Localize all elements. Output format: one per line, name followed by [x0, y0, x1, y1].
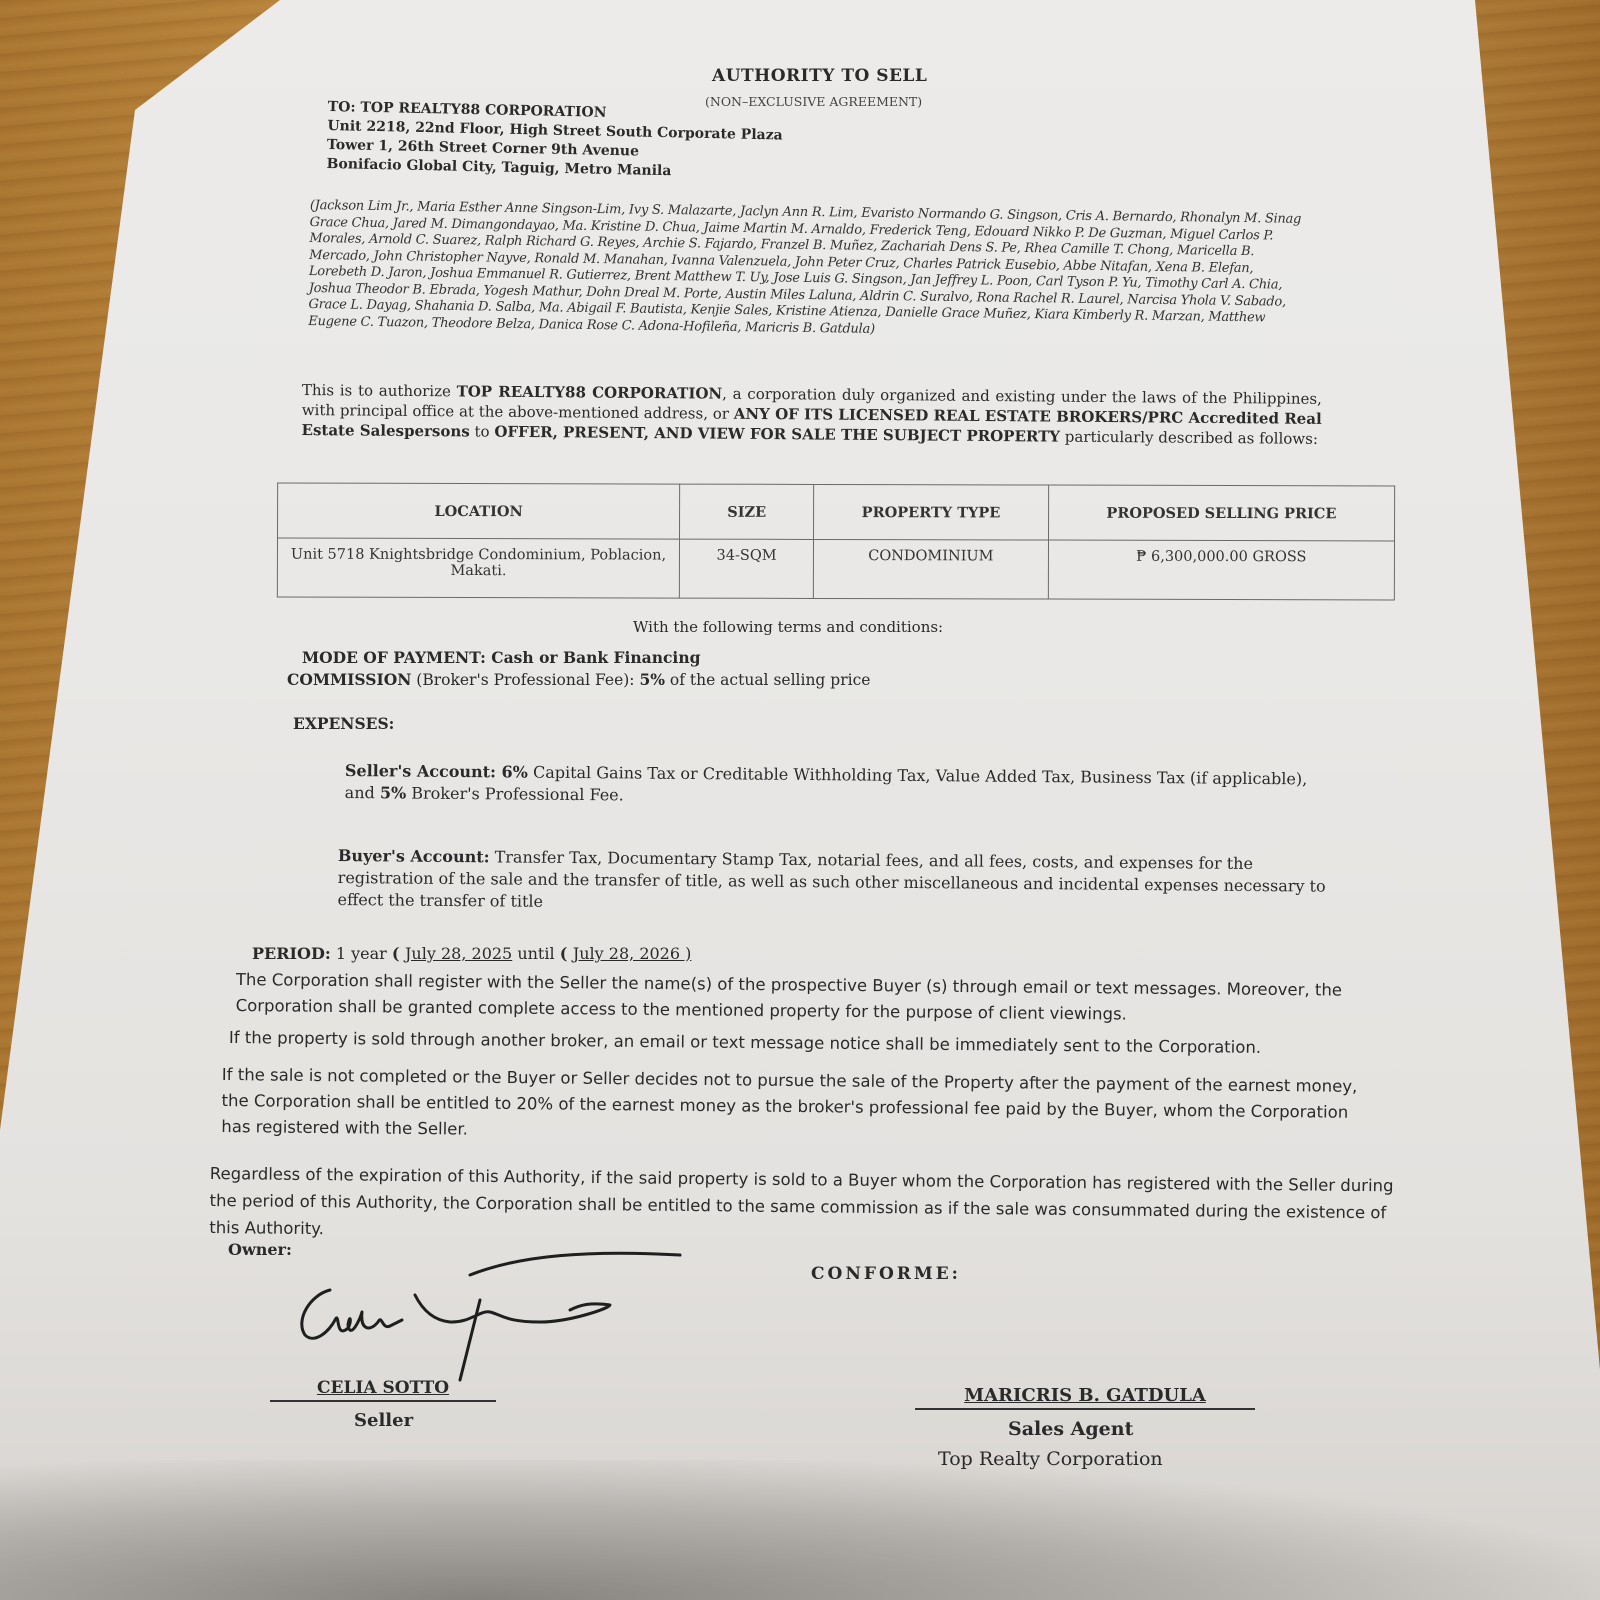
cell-selling-price: ₱ 6,300,000.00 GROSS — [1048, 540, 1394, 600]
agent-name: MARICRIS B. GATDULA — [915, 1385, 1255, 1410]
post-expiration-clause: Regardless of the expiration of this Aut… — [209, 1160, 1410, 1254]
cell-location: Unit 5718 Knightsbridge Condominium, Pob… — [277, 538, 679, 598]
registration-clause: The Corporation shall register with the … — [236, 967, 1346, 1030]
buyer-account-clause: Buyer's Account: Transfer Tax, Documenta… — [337, 845, 1328, 920]
photo-shadow — [0, 1460, 1600, 1600]
table-header-row: LOCATION SIZE PROPERTY TYPE PROPOSED SEL… — [278, 483, 1395, 541]
authorization-paragraph: This is to authorize TOP REALTY88 CORPOR… — [301, 380, 1321, 449]
table-row: Unit 5718 Knightsbridge Condominium, Pob… — [277, 538, 1394, 600]
mode-of-payment: MODE OF PAYMENT: Cash or Bank Financing — [302, 648, 700, 667]
period-start-date: July 28, 2025 — [405, 944, 512, 963]
seller-account-clause: Seller's Account: 6% Capital Gains Tax o… — [345, 760, 1315, 812]
period-line: PERIOD: 1 year ( July 28, 2025 until ( J… — [252, 944, 691, 963]
agent-role: Sales Agent — [1008, 1418, 1133, 1440]
seller-name: CELIA SOTTO — [270, 1378, 496, 1402]
column-header-selling-price: PROPOSED SELLING PRICE — [1048, 485, 1394, 541]
column-header-location: LOCATION — [278, 483, 680, 539]
column-header-property-type: PROPERTY TYPE — [814, 484, 1049, 540]
conforme-label: CONFORME: — [811, 1264, 961, 1284]
property-table: LOCATION SIZE PROPERTY TYPE PROPOSED SEL… — [277, 483, 1395, 601]
cell-size: 34-SQM — [679, 539, 813, 598]
other-broker-clause: If the property is sold through another … — [229, 1028, 1261, 1057]
commission-line: COMMISSION (Broker's Professional Fee): … — [287, 670, 870, 689]
period-end-date: July 28, 2026 ) — [573, 944, 692, 963]
document-title: AUTHORITY TO SELL — [712, 66, 927, 86]
expenses-heading: EXPENSES: — [293, 714, 394, 733]
cell-property-type: CONDOMINIUM — [813, 539, 1048, 599]
owner-label: Owner: — [228, 1240, 292, 1259]
document: AUTHORITY TO SELL (NON–EXCLUSIVE AGREEME… — [0, 0, 1600, 1600]
addressee-block: TO: TOP REALTY88 CORPORATION Unit 2218, … — [326, 98, 783, 184]
seller-role: Seller — [354, 1410, 413, 1431]
column-header-size: SIZE — [680, 484, 814, 539]
terms-intro: With the following terms and conditions: — [633, 618, 943, 636]
authorized-persons-list: (Jackson Lim Jr., Maria Esther Anne Sing… — [308, 198, 1310, 344]
sale-not-completed-clause: If the sale is not completed or the Buye… — [221, 1062, 1362, 1152]
